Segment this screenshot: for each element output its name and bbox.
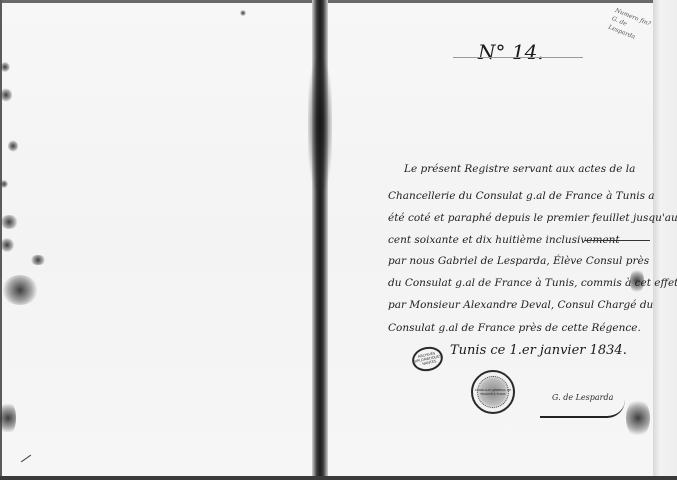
scan-bottom-border bbox=[0, 476, 677, 480]
consulate-seal: CONSULAT GÉNÉRAL DE FRANCE À TUNIS bbox=[471, 370, 515, 414]
stain bbox=[0, 215, 18, 229]
stain bbox=[0, 400, 16, 436]
left-page bbox=[2, 3, 315, 477]
folio-underline bbox=[453, 57, 583, 58]
body-line-7: par Monsieur Alexandre Deval, Consul Cha… bbox=[388, 299, 653, 311]
body-line-1: Le présent Registre servant aux actes de… bbox=[404, 163, 635, 175]
page-edge-right bbox=[653, 0, 677, 480]
folio-number: N° 14. bbox=[478, 40, 544, 64]
stain bbox=[240, 10, 246, 16]
stain bbox=[2, 275, 38, 305]
stain bbox=[0, 88, 12, 102]
stain bbox=[626, 398, 650, 438]
signature-flourish bbox=[540, 400, 625, 418]
stain bbox=[0, 180, 8, 188]
stain bbox=[0, 62, 10, 72]
stain bbox=[0, 238, 14, 252]
stain bbox=[8, 140, 18, 152]
document-scan: Numero fin? G. de Lesparda N° 14. Le pré… bbox=[0, 0, 677, 480]
stain bbox=[30, 255, 46, 265]
line-filler bbox=[585, 240, 650, 241]
gutter-shadow bbox=[308, 60, 332, 190]
body-line-8: Consulat g.al de France près de cette Ré… bbox=[388, 322, 641, 334]
body-line-2: Chancellerie du Consulat g.al de France … bbox=[388, 190, 655, 202]
body-line-6: du Consulat g.al de France à Tunis, comm… bbox=[388, 277, 677, 289]
body-line-3: été coté et paraphé depuis le premier fe… bbox=[388, 212, 677, 224]
dateline: Tunis ce 1.er janvier 1834. bbox=[450, 343, 627, 358]
body-line-5: par nous Gabriel de Lesparda, Élève Cons… bbox=[388, 255, 649, 267]
